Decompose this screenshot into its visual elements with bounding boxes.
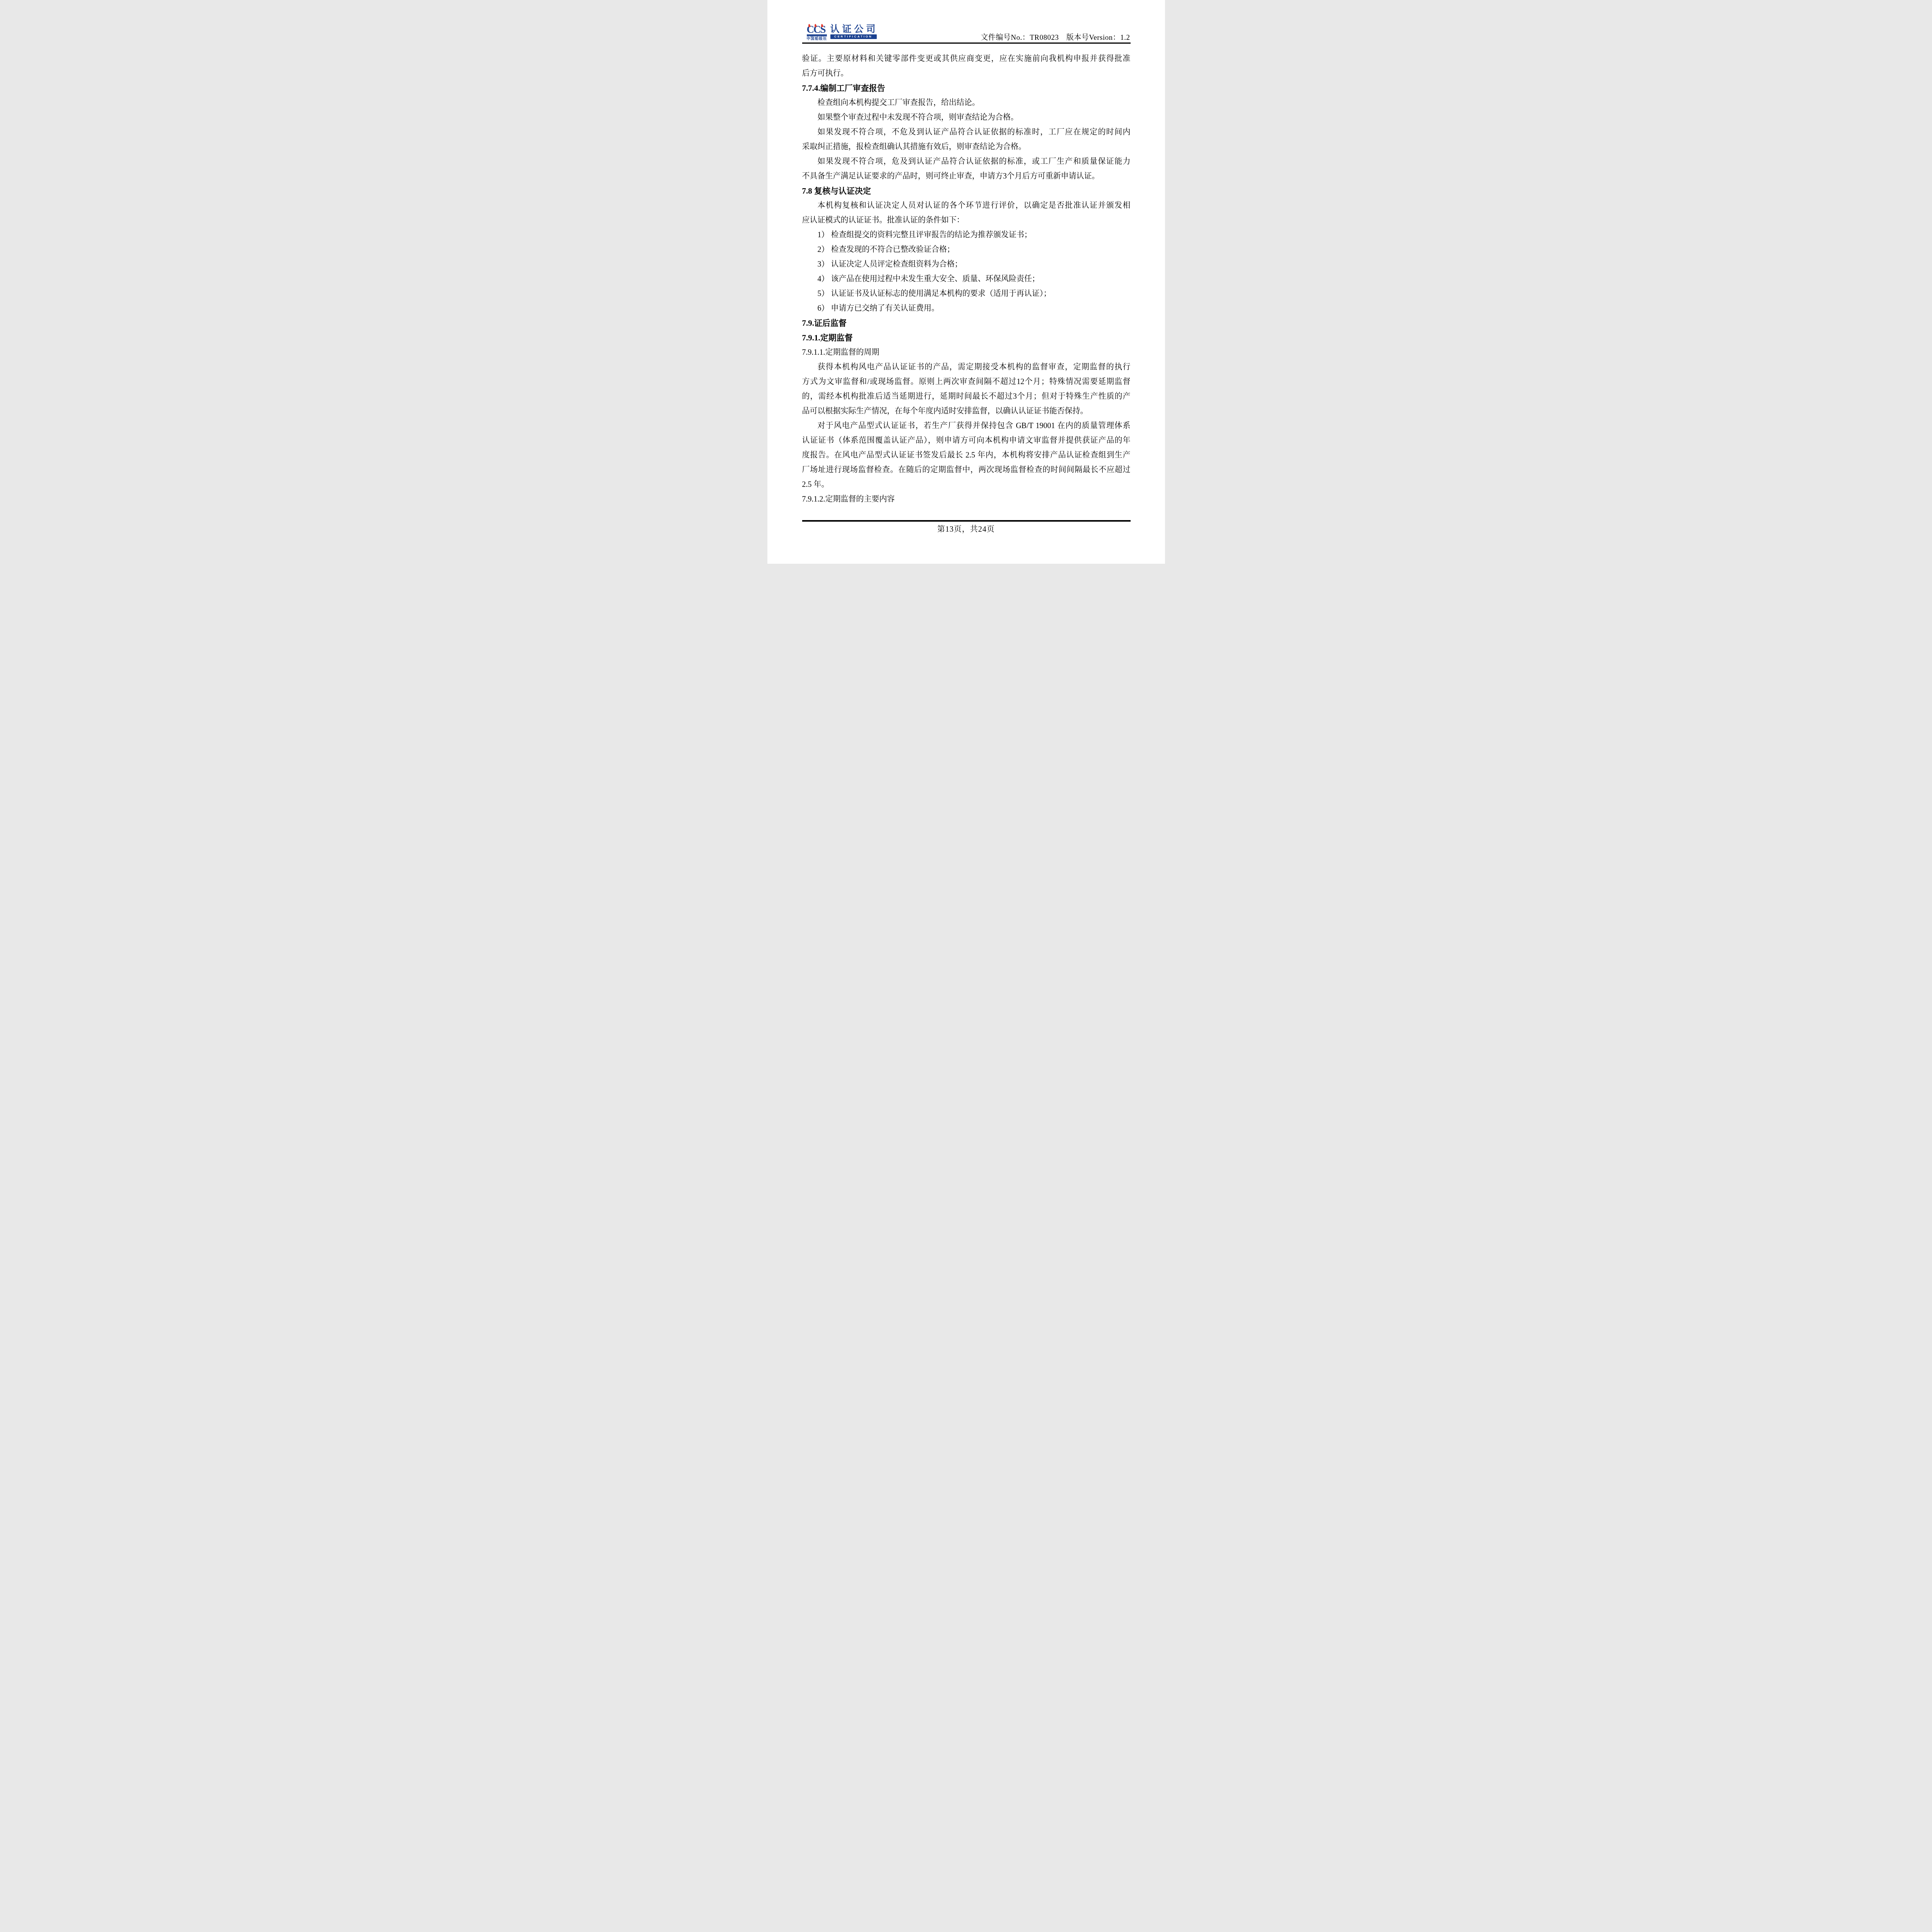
- text-line: 6） 申请方已交纳了有关认证费用。: [802, 301, 1131, 316]
- logo-ccs-text: CCS: [807, 25, 827, 34]
- society-cn-char: 船: [815, 37, 819, 41]
- text-line: 7.9.证后监督: [802, 316, 1131, 330]
- text-line: 获得本机构风电产品认证证书的产品，需定期接受本机构的监督审查，定期监督的执行: [802, 360, 1131, 374]
- text-line: 后方可执行。: [802, 66, 1131, 81]
- logo-left-column: CCS CHINA CLASSIFICATION SOCIETY 中国船级社: [807, 25, 827, 41]
- document-page: CCS CHINA CLASSIFICATION SOCIETY 中国船级社 认…: [767, 0, 1165, 564]
- text-line: 7.9.1.定期监督: [802, 330, 1131, 345]
- flame-accent-icon: [821, 24, 823, 27]
- text-line: 3） 认证决定人员评定检查组资料为合格；: [802, 257, 1131, 272]
- text-line: 7.9.1.2.定期监督的主要内容: [802, 492, 1131, 507]
- logo-company-name: 认证公司: [830, 25, 877, 34]
- text-line: 如果发现不符合项，危及到认证产品符合认证依据的标准，或工厂生产和质量保证能力: [802, 154, 1131, 169]
- text-line: 7.8 复核与认证决定: [802, 184, 1131, 198]
- text-line: 2） 检查发现的不符合已整改验证合格；: [802, 242, 1131, 257]
- text-line: 应认证模式的认证证书。批准认证的条件如下：: [802, 213, 1131, 228]
- text-line: 不具备生产满足认证要求的产品时，则可终止审查，申请方3个月后方可重新申请认证。: [802, 169, 1131, 184]
- society-cn-char: 级: [819, 37, 823, 41]
- footer-divider: [802, 520, 1131, 522]
- page-number: 第13页，共24页: [767, 523, 1165, 534]
- document-number-version: 文件编号No.：TR08023 版本号Version：1.2: [981, 32, 1130, 42]
- text-line: 1） 检查组提交的资料完整且评审报告的结论为推荐颁发证书；: [802, 228, 1131, 242]
- text-line: 验证。主要原材料和关键零部件变更或其供应商变更，应在实施前向我机构申报并获得批准: [802, 51, 1131, 66]
- text-line: 5） 认证证书及认证标志的使用满足本机构的要求（适用于再认证）；: [802, 286, 1131, 301]
- text-line: 采取纠正措施，报检查组确认其措施有效后，则审查结论为合格。: [802, 139, 1131, 154]
- text-line: 的，需经本机构批准后适当延期进行，延期时间最长不超过3个月；但对于特殊生产性质的…: [802, 389, 1131, 404]
- text-line: 4） 该产品在使用过程中未发生重大安全、质量、环保风险责任；: [802, 272, 1131, 286]
- society-cn-char: 国: [811, 37, 815, 41]
- document-body: 验证。主要原材料和关键零部件变更或其供应商变更，应在实施前向我机构申报并获得批准…: [802, 51, 1131, 507]
- text-line: 7.7.4.编制工厂审查报告: [802, 81, 1131, 95]
- logo-society-en: CHINA CLASSIFICATION SOCIETY: [807, 36, 827, 37]
- text-line: 本机构复核和认证决定人员对认证的各个环节进行评价，以确定是否批准认证并颁发相: [802, 198, 1131, 213]
- text-line: 厂场址进行现场监督检查。在随后的定期监督中，两次现场监督检查的时间间隔最长不应超…: [802, 463, 1131, 477]
- text-line: 认证证书（体系范围覆盖认证产品），则申请方可向本机构申请文审监督并提供获证产品的…: [802, 433, 1131, 448]
- header-divider: [802, 43, 1131, 44]
- text-line: 如果发现不符合项，不危及到认证产品符合认证依据的标准时，工厂应在规定的时间内: [802, 125, 1131, 139]
- text-line: 对于风电产品型式认证证书，若生产厂获得并保持包含 GB/T 19001 在内的质…: [802, 418, 1131, 433]
- text-line: 检查组向本机构提交工厂审查报告，给出结论。: [802, 95, 1131, 110]
- logo-society-cn: 中国船级社: [807, 37, 827, 41]
- flame-accent-icon: [814, 24, 816, 27]
- text-line: 2.5 年。: [802, 477, 1131, 492]
- ccs-logo: CCS CHINA CLASSIFICATION SOCIETY 中国船级社 认…: [807, 25, 877, 41]
- text-line: 方式为文审监督和/或现场监督。原则上两次审查间隔不超过12个月；特殊情况需要延期…: [802, 374, 1131, 389]
- flame-accent-icon: [808, 24, 810, 27]
- society-cn-char: 社: [823, 37, 827, 41]
- body-lines-container: 验证。主要原材料和关键零部件变更或其供应商变更，应在实施前向我机构申报并获得批准…: [802, 51, 1131, 507]
- logo-right-column: 认证公司 CERTIFICATION: [830, 25, 877, 41]
- logo-certification-bar: CERTIFICATION: [830, 34, 877, 39]
- text-line: 7.9.1.1.定期监督的周期: [802, 345, 1131, 360]
- text-line: 品可以根据实际生产情况，在每个年度内适时安排监督，以确认认证证书能否保持。: [802, 404, 1131, 418]
- text-line: 度报告。在风电产品型式认证证书签发后最长 2.5 年内，本机构将安排产品认证检查…: [802, 448, 1131, 463]
- text-line: 如果整个审查过程中未发现不符合项，则审查结论为合格。: [802, 110, 1131, 125]
- society-cn-char: 中: [807, 37, 811, 41]
